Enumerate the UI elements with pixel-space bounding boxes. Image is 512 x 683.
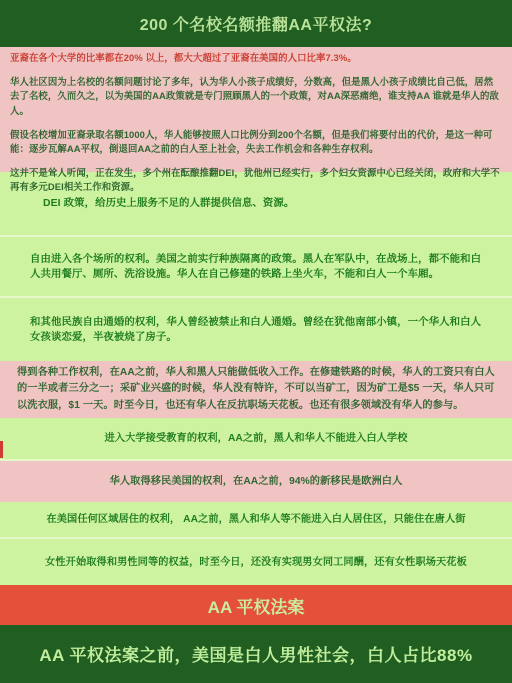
section-text: 得到各种工作权利，在AA之前，华人和黑人只能做低收入工作。在修建铁路的时候，华人…	[17, 365, 502, 415]
section-text: 女性开始取得和男性同等的权益，时至今日，还没有实现男女同工同酬，还有女性职场天花…	[0, 555, 512, 570]
section-text: 在美国任何区域居住的权利， AA之前，黑人和华人等不能进入白人居住区，只能住在唐…	[0, 512, 512, 527]
section-residence-rights: 在美国任何区域居住的权利， AA之前，黑人和华人等不能进入白人居住区，只能住在唐…	[0, 502, 512, 537]
intro-paragraph-community: 华人社区因为上名校的名额问题讨论了多年，认为华人小孩子成绩好，分数高，但是黑人小…	[10, 75, 502, 118]
section-access-rights: 自由进入各个场所的权利。美国之前实行种族隔离的政策。黑人在军队中，在战场上，都不…	[0, 237, 512, 296]
section-text: DEI 政策，给历史上服务不足的人群提供信息、资源。	[43, 196, 492, 211]
footer-band: AA 平权法案之前，美国是白人男性社会，白人占比88%	[0, 625, 512, 683]
header-band: 200 个名校名额推翻AA平权法?	[0, 0, 512, 47]
banner-label: AA 平权法案	[208, 593, 305, 618]
left-edge-red-mark	[0, 441, 3, 458]
section-text: 自由进入各个场所的权利。美国之前实行种族隔离的政策。黑人在军队中，在战场上，都不…	[30, 252, 490, 282]
infographic-poster: 200 个名校名额推翻AA平权法? 亚裔在各个大学的比率都在20% 以上，都大大…	[0, 0, 512, 683]
footer-text: AA 平权法案之前，美国是白人男性社会，白人占比88%	[39, 641, 472, 666]
section-text: 华人取得移民美国的权利，在AA之前，94%的新移民是欧洲白人	[0, 474, 512, 489]
page-title: 200 个名校名额推翻AA平权法?	[140, 12, 373, 35]
aa-act-banner: AA 平权法案	[0, 585, 512, 625]
intro-paragraph-assumption: 假设名校增加亚裔录取名额1000人，华人能够按照人口比例分到200个名额，但是我…	[10, 128, 502, 156]
section-text: 和其他民族自由通婚的权利，华人曾经被禁止和白人通婚。曾经在犹他南部小镇，一个华人…	[30, 315, 490, 345]
section-text: 进入大学接受教育的权利，AA之前，黑人和华人不能进入白人学校	[0, 431, 512, 446]
section-marriage-rights: 和其他民族自由通婚的权利，华人曾经被禁止和白人通婚。曾经在犹他南部小镇，一个华人…	[0, 298, 512, 361]
section-immigration-rights: 华人取得移民美国的权利，在AA之前，94%的新移民是欧洲白人	[0, 461, 512, 502]
section-work-rights: 得到各种工作权利，在AA之前，华人和黑人只能做低收入工作。在修建铁路的时候，华人…	[0, 361, 512, 418]
intro-paragraph-dei-rollback: 这并不是耸人听闻，正在发生，多个州在酝酿推翻DEI，犹他州已经实行，多个妇女资源…	[10, 166, 502, 194]
intro-paragraph-asian-ratio: 亚裔在各个大学的比率都在20% 以上，都大大超过了亚裔在美国的人口比率7.3%。	[10, 51, 502, 65]
section-women-rights: 女性开始取得和男性同等的权益，时至今日，还没有实现男女同工同酬，还有女性职场天花…	[0, 539, 512, 585]
section-education-rights: 进入大学接受教育的权利，AA之前，黑人和华人不能进入白人学校	[0, 418, 512, 459]
intro-section: 亚裔在各个大学的比率都在20% 以上，都大大超过了亚裔在美国的人口比率7.3%。…	[0, 47, 512, 172]
